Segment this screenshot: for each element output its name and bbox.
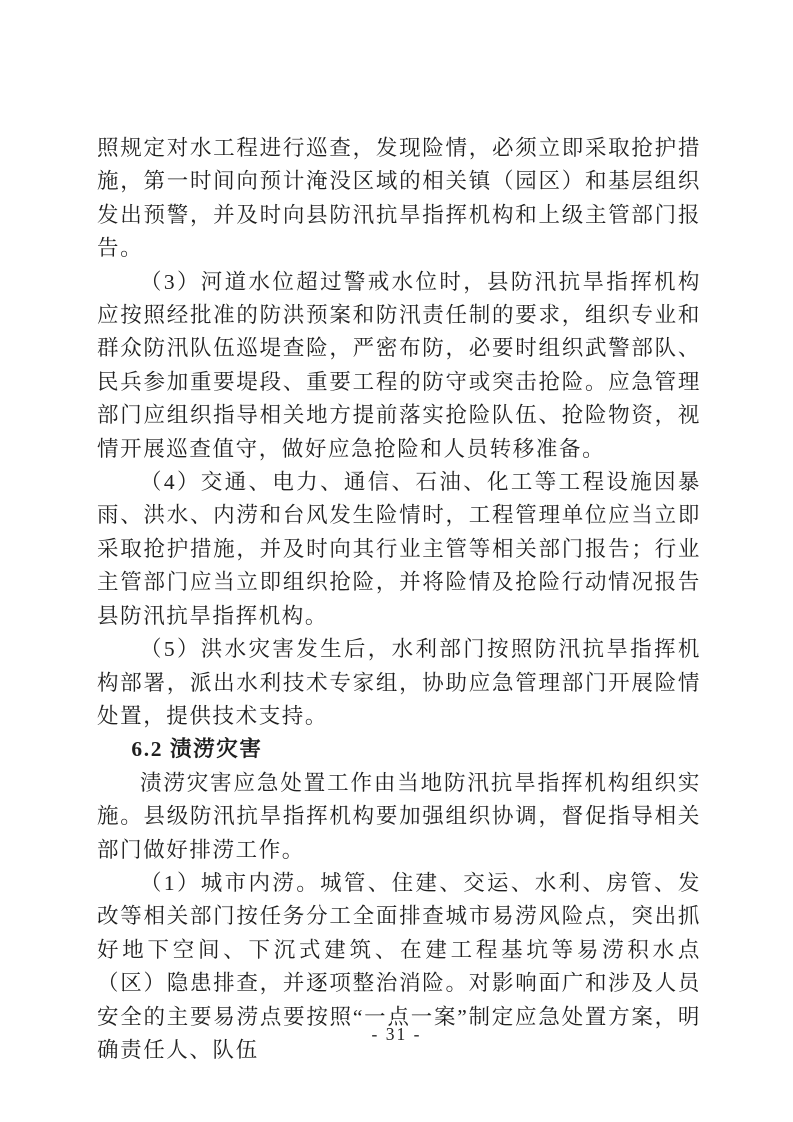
document-page: 照规定对水工程进行巡查，发现险情，必须立即采取抢护措施，第一时间向预计淹没区域的… bbox=[0, 0, 793, 1122]
paragraph-item-5: （5）洪水灾害发生后，水利部门按照防汛抗旱指挥机构部署，派出水利技术专家组，协助… bbox=[97, 633, 701, 733]
paragraph-continuation: 照规定对水工程进行巡查，发现险情，必须立即采取抢护措施，第一时间向预计淹没区域的… bbox=[97, 132, 701, 266]
section-heading-6-2: 6.2 渍涝灾害 bbox=[97, 733, 701, 766]
paragraph-item-3: （3）河道水位超过警戒水位时，县防汛抗旱指挥机构应按照经批准的防洪预案和防汛责任… bbox=[97, 266, 701, 466]
paragraph-item-4: （4）交通、电力、通信、石油、化工等工程设施因暴雨、洪水、内涝和台风发生险情时，… bbox=[97, 466, 701, 633]
page-number: - 31 - bbox=[0, 1022, 793, 1046]
document-text-block: 照规定对水工程进行巡查，发现险情，必须立即采取抢护措施，第一时间向预计淹没区域的… bbox=[97, 132, 701, 1067]
paragraph-section-6-2-intro: 渍涝灾害应急处置工作由当地防汛抗旱指挥机构组织实施。县级防汛抗旱指挥机构要加强组… bbox=[97, 767, 701, 867]
